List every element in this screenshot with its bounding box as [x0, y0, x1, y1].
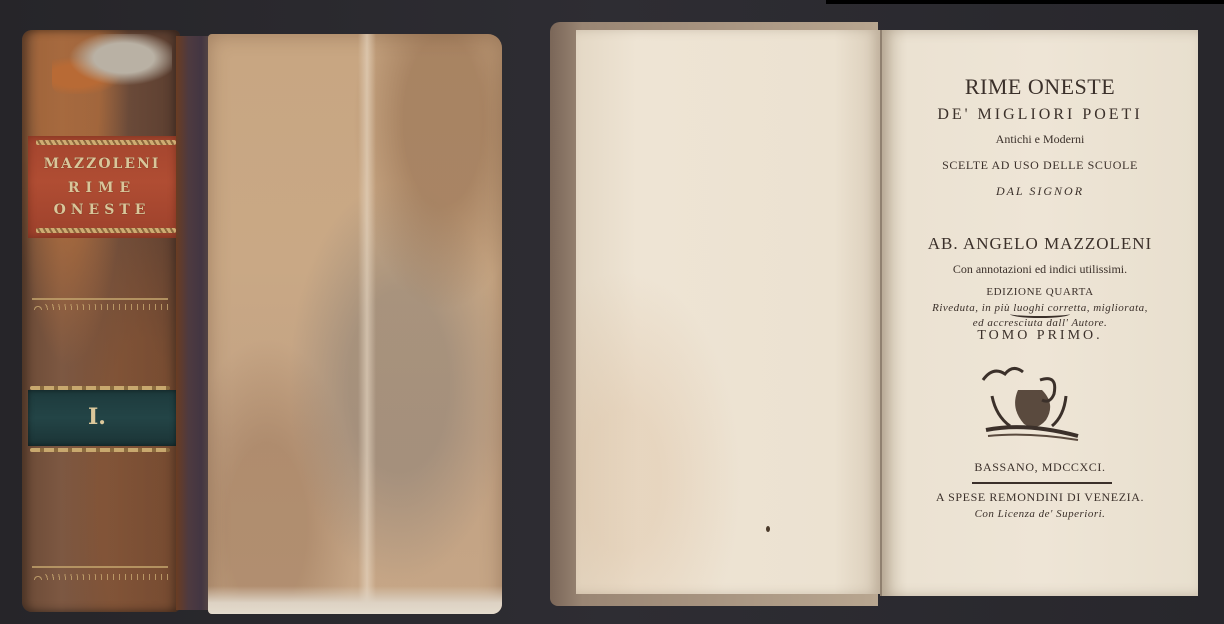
author: AB. ANGELO MAZZOLENI	[882, 234, 1198, 254]
antichi-line: Antichi e Moderni	[882, 132, 1198, 147]
subtitle: DE' MIGLIORI POETI	[882, 106, 1198, 124]
ornament-rule	[1010, 310, 1070, 318]
spine-label-line: ONESTE	[28, 202, 176, 218]
book-spine: MAZZOLENI RIME ONESTE I.	[22, 30, 180, 612]
spine-label-line: MAZZOLENI	[28, 156, 176, 172]
gold-wave-rule	[32, 574, 168, 580]
cover-crease	[358, 34, 376, 614]
title: RIME ONESTE	[882, 74, 1198, 100]
imprint-publisher: A SPESE REMONDINI DI VENEZIA.	[882, 490, 1198, 505]
imprint-license: Con Licenza de' Superiori.	[882, 508, 1198, 520]
gold-rule	[32, 298, 168, 300]
gold-wave-rule	[32, 304, 168, 310]
dal-signor-line: DAL SIGNOR	[882, 184, 1198, 199]
imprint-rule	[972, 482, 1112, 484]
book-cover	[208, 34, 502, 614]
scelte-line: SCELTE AD USO DELLE SCUOLE	[882, 158, 1198, 173]
spine-hinge	[176, 36, 212, 610]
gold-rule	[32, 566, 168, 568]
foxing-spot	[766, 526, 770, 532]
top-black-strip	[826, 0, 1224, 4]
gold-rope-rule	[36, 140, 176, 145]
gold-dots-rule	[30, 448, 170, 452]
gold-rope-rule	[36, 228, 176, 233]
spine-wear	[52, 34, 172, 94]
cover-worn-edge	[208, 586, 502, 614]
title-page: RIME ONESTE DE' MIGLIORI POETI Antichi e…	[882, 30, 1198, 596]
imprint-place-date: BASSANO, MDCCXCI.	[882, 460, 1198, 475]
annotazioni-line: Con annotazioni ed indici utilissimi.	[882, 262, 1198, 277]
printer-vignette-icon	[978, 360, 1082, 442]
endpaper-page	[576, 30, 880, 594]
volume-title: TOMO PRIMO.	[882, 328, 1198, 344]
volume-number: I.	[88, 404, 106, 430]
spine-volume-label: I.	[28, 390, 176, 446]
spine-title-label: MAZZOLENI RIME ONESTE	[28, 136, 176, 238]
edition: EDIZIONE QUARTA	[882, 286, 1198, 298]
spine-label-line: RIME	[28, 180, 176, 196]
